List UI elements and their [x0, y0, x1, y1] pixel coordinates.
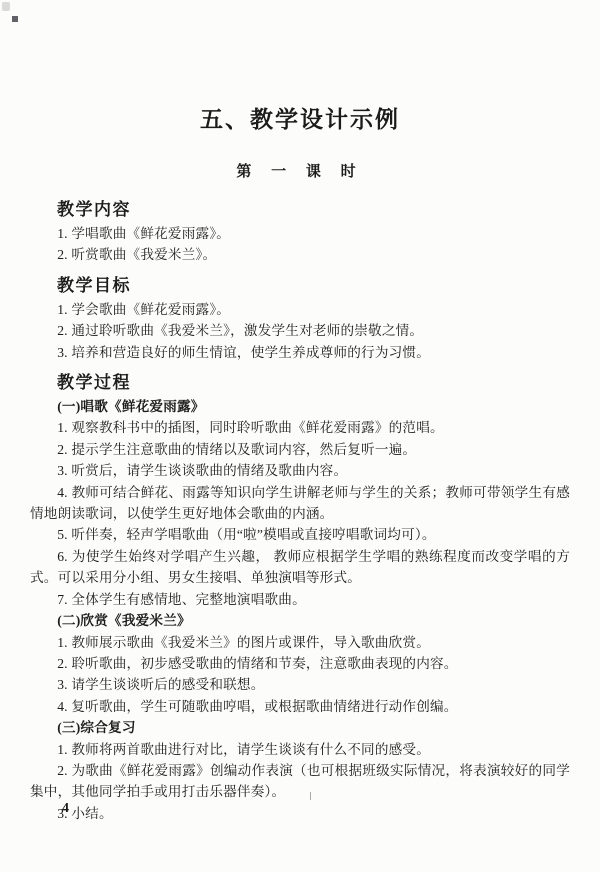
paragraph: 1. 观察教科书中的插图，同时聆听歌曲《鲜花爱雨露》的范唱。 — [30, 417, 570, 438]
paragraph: 3. 培养和营造良好的师生情谊，使学生养成尊师的行为习惯。 — [30, 342, 570, 363]
paragraph: 2. 为歌曲《鲜花爱雨露》创编动作表演（也可根据班级实际情况，将表演较好的同学集… — [30, 760, 570, 803]
paragraph: 7. 全体学生有感情地、完整地演唱歌曲。 — [30, 589, 570, 610]
paragraph: 1. 学唱歌曲《鲜花爱雨露》。 — [30, 223, 570, 244]
paragraph: 4. 复听歌曲，学生可随歌曲哼唱，或根据歌曲情绪进行动作创编。 — [30, 696, 570, 717]
page-number: 4 — [62, 801, 69, 817]
scan-speck — [12, 16, 18, 22]
sub-heading: (三)综合复习 — [30, 717, 570, 738]
paragraph: 2. 听赏歌曲《我爱米兰》。 — [30, 244, 570, 265]
paragraph: 2. 通过聆听歌曲《我爱米兰》，激发学生对老师的崇敬之情。 — [30, 320, 570, 341]
sub-heading: (一)唱歌《鲜花爱雨露》 — [30, 396, 570, 417]
paragraph: 1. 教师将两首歌曲进行对比，请学生谈谈有什么不同的感受。 — [30, 739, 570, 760]
paragraph: 6. 为使学生始终对学唱产生兴趣， 教师应根据学生学唱的熟练程度而改变学唱的方式… — [30, 546, 570, 589]
paragraph: 2. 聆听歌曲，初步感受歌曲的情绪和节奏，注意歌曲表现的内容。 — [30, 653, 570, 674]
paragraph: 1. 教师展示歌曲《我爱米兰》的图片或课件，导入歌曲欣赏。 — [30, 632, 570, 653]
scan-speck — [310, 792, 311, 800]
book-page: 五、教学设计示例 第 一 课 时 教学内容1. 学唱歌曲《鲜花爱雨露》。2. 听… — [0, 0, 600, 872]
paragraph: 5. 听伴奏，轻声学唱歌曲（用“啦”模唱或直接哼唱歌词均可）。 — [30, 524, 570, 545]
page-title: 五、教学设计示例 — [0, 0, 600, 134]
section-heading: 教学目标 — [30, 271, 570, 296]
paragraph: 3. 小结。 — [30, 803, 570, 824]
scan-speck — [2, 2, 10, 11]
paragraph: 4. 教师可结合鲜花、雨露等知识向学生讲解老师与学生的关系；教师可带领学生有感情… — [30, 482, 570, 525]
section-heading: 教学内容 — [30, 195, 570, 220]
paragraph: 3. 听赏后，请学生谈谈歌曲的情绪及歌曲内容。 — [30, 460, 570, 481]
lesson-subtitle: 第 一 课 时 — [0, 160, 600, 181]
sections: 教学内容1. 学唱歌曲《鲜花爱雨露》。2. 听赏歌曲《我爱米兰》。教学目标1. … — [30, 195, 570, 824]
paragraph: 2. 提示学生注意歌曲的情绪以及歌词内容，然后复听一遍。 — [30, 439, 570, 460]
section-heading: 教学过程 — [30, 368, 570, 393]
paragraph: 1. 学会歌曲《鲜花爱雨露》。 — [30, 299, 570, 320]
sub-heading: (二)欣赏《我爱米兰》 — [30, 610, 570, 631]
paragraph: 3. 请学生谈谈听后的感受和联想。 — [30, 674, 570, 695]
